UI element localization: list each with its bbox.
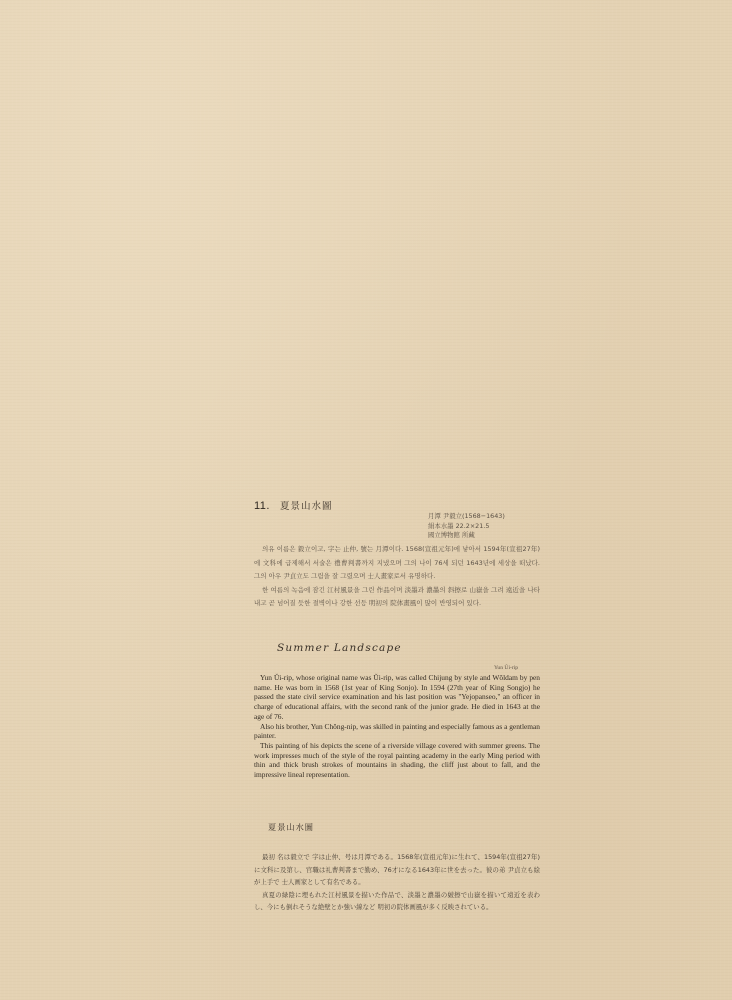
collection-line: 國立博物館 所藏	[428, 531, 505, 541]
artwork-metadata: 月潭 尹毅立(1568−1643) 絹本水墨 22.2×21.5 國立博物館 所…	[428, 512, 505, 541]
english-description: Yun Ŭi-rip, whose original name was Ŭi-r…	[254, 673, 540, 780]
plate-number: 11.	[254, 500, 270, 512]
japanese-paragraph: 真夏の緑陰に埋もれた江村風景を描いた作品で、淡墨と濃墨の皴擦で山嶽を描いて遠近を…	[254, 889, 540, 914]
plate-title-cjk: 夏景山水圖	[280, 498, 333, 512]
english-author: Yun Ŭi-rip	[494, 665, 518, 671]
plate-heading: 11. 夏景山水圖	[254, 498, 333, 512]
korean-description: 의유 이름은 毅立이고, 字는 止仲, 號는 月潭이다. 1568(宣祖元年)에…	[254, 543, 540, 611]
book-page: 11. 夏景山水圖 月潭 尹毅立(1568−1643) 絹本水墨 22.2×21…	[0, 0, 732, 1000]
english-paragraph: Yun Ŭi-rip, whose original name was Ŭi-r…	[254, 673, 540, 722]
korean-paragraph: 의유 이름은 毅立이고, 字는 止仲, 號는 月潭이다. 1568(宣祖元年)에…	[254, 543, 540, 584]
japanese-description: 最初 名は毅立で 字は止仲、号は月潭である。1568年(宣祖元年)に生れて、15…	[254, 851, 540, 914]
english-paragraph: Also his brother, Yun Chŏng-nip, was ski…	[254, 722, 540, 741]
english-paragraph: This painting of his depicts the scene o…	[254, 741, 540, 780]
english-title: Summer Landscape	[277, 642, 402, 654]
japanese-paragraph: 最初 名は毅立で 字は止仲、号は月潭である。1568年(宣祖元年)に生れて、15…	[254, 851, 540, 889]
korean-paragraph: 한 여름의 녹음에 잠긴 江村風景을 그린 作品이며 淡墨과 濃墨의 斜擦로 山…	[254, 584, 540, 611]
japanese-title: 夏景山水圖	[268, 822, 314, 833]
artist-line: 月潭 尹毅立(1568−1643)	[428, 512, 505, 522]
medium-size-line: 絹本水墨 22.2×21.5	[428, 522, 505, 532]
